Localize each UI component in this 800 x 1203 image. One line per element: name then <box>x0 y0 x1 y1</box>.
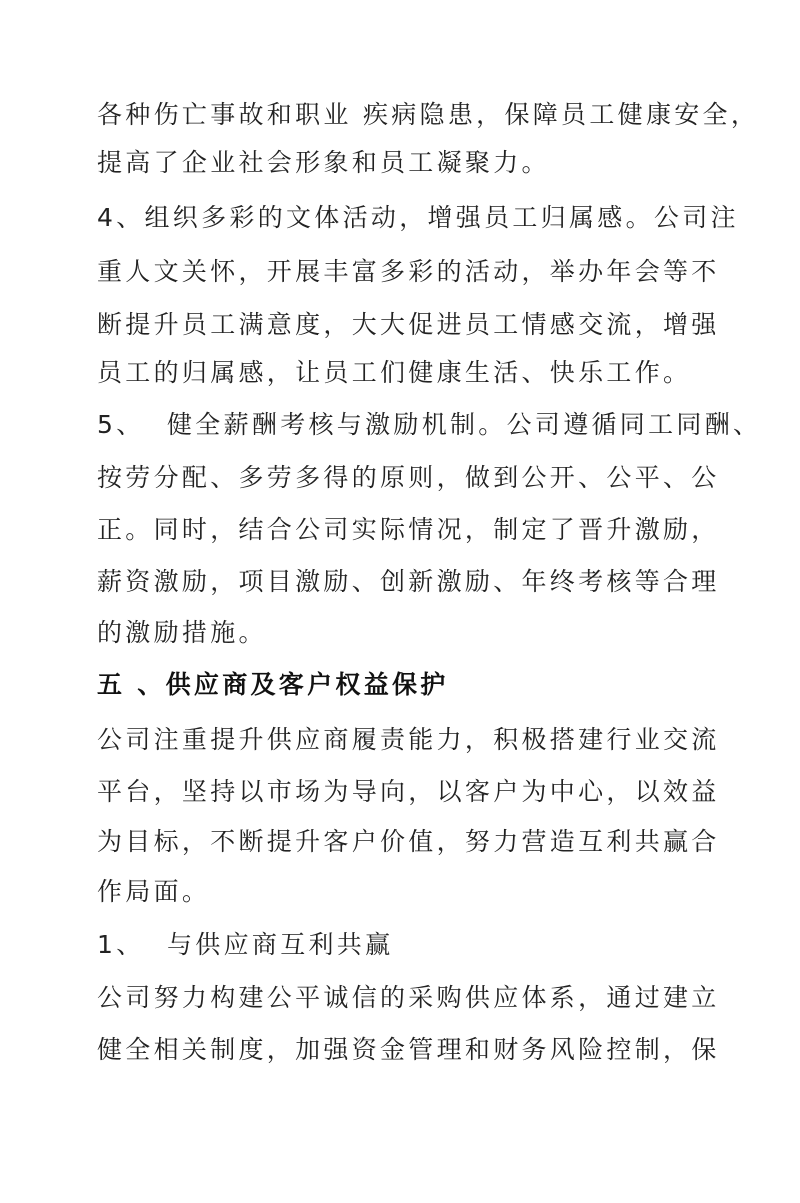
paragraph-line: 公司努力构建公平诚信的采购供应体系，通过建立 <box>97 981 720 1015</box>
paragraph-line: 各种伤亡事故和职业 疾病隐患，保障员工健康安全， <box>97 98 759 132</box>
document-page: 各种伤亡事故和职业 疾病隐患，保障员工健康安全， 提高了企业社会形象和员工凝聚力… <box>0 0 800 1203</box>
paragraph-line: 公司注重提升供应商履责能力，积极搭建行业交流 <box>97 723 720 757</box>
paragraph-line: 作局面。 <box>97 875 210 909</box>
subsection-heading-1: 1、 与供应商互利共赢 <box>97 928 393 962</box>
paragraph-line: 平台，坚持以市场为导向，以客户为中心，以效益 <box>97 775 720 809</box>
paragraph-line: 提高了企业社会形象和员工凝聚力。 <box>97 146 550 180</box>
paragraph-line: 重人文关怀，开展丰富多彩的活动，举办年会等不 <box>97 255 720 289</box>
paragraph-line: 正。同时，结合公司实际情况，制定了晋升激励， <box>97 513 720 547</box>
paragraph-line: 为目标，不断提升客户价值，努力营造互利共赢合 <box>97 825 720 859</box>
paragraph-line: 薪资激励，项目激励、创新激励、年终考核等合理 <box>97 565 720 599</box>
paragraph-line: 按劳分配、多劳多得的原则，做到公开、公平、公 <box>97 461 720 495</box>
paragraph-line: 健全相关制度，加强资金管理和财务风险控制，保 <box>97 1033 720 1067</box>
paragraph-line: 员工的归属感，让员工们健康生活、快乐工作。 <box>97 356 691 390</box>
list-item-4-line: 4、组织多彩的文体活动，增强员工归属感。公司注 <box>97 201 739 235</box>
list-item-5-line: 5、 健全薪酬考核与激励机制。公司遵循同工同酬、 <box>97 408 761 442</box>
paragraph-line: 的激励措施。 <box>97 616 267 650</box>
section-heading: 五 、供应商及客户权益保护 <box>97 668 449 702</box>
paragraph-line: 断提升员工满意度，大大促进员工情感交流，增强 <box>97 308 720 342</box>
